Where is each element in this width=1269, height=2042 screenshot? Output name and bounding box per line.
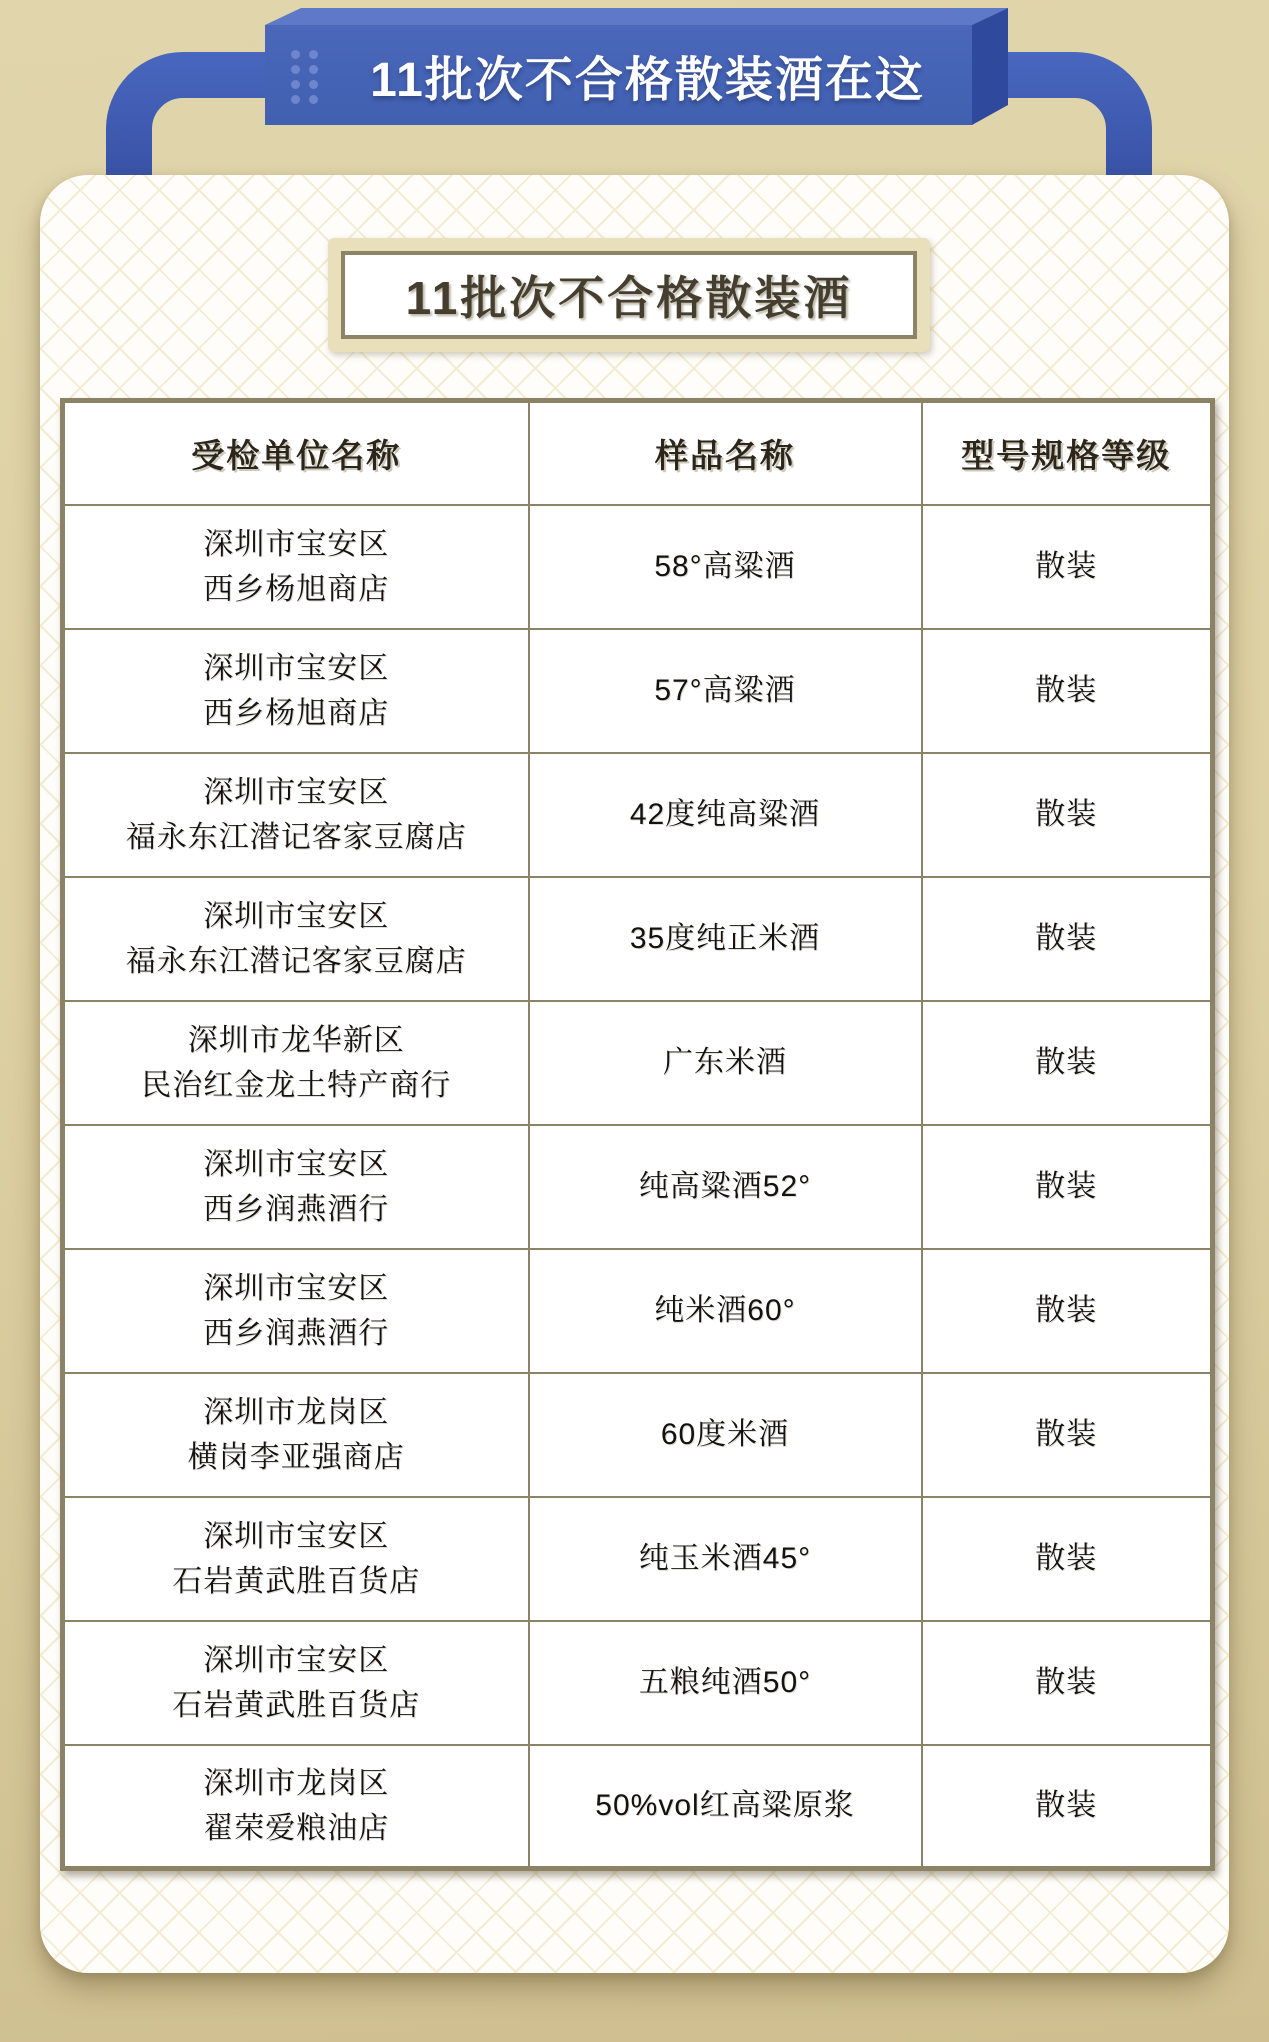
cell-unit-name: 深圳市宝安区 西乡润燕酒行 <box>63 1249 529 1373</box>
cell-sample-name: 50%vol红高粱原浆 <box>529 1745 922 1869</box>
table-header-row: 受检单位名称 样品名称 型号规格等级 <box>63 401 1213 505</box>
cell-sample-name: 广东米酒 <box>529 1001 922 1125</box>
banner-sign: 11批次不合格散装酒在这 <box>0 0 1269 140</box>
cell-spec: 散装 <box>922 1745 1213 1869</box>
cell-spec: 散装 <box>922 505 1213 629</box>
section-title: 11批次不合格散装酒 <box>406 262 853 328</box>
cell-spec: 散装 <box>922 877 1213 1001</box>
table-row: 深圳市宝安区 福永东江潜记客家豆腐店 35度纯正米酒 散装 <box>63 877 1213 1001</box>
cell-spec: 散装 <box>922 1373 1213 1497</box>
banner-title: 11批次不合格散装酒在这 <box>312 41 925 110</box>
table-row: 深圳市宝安区 西乡润燕酒行 纯米酒60° 散装 <box>63 1249 1213 1373</box>
cell-sample-name: 纯玉米酒45° <box>529 1497 922 1621</box>
cell-spec: 散装 <box>922 1125 1213 1249</box>
cell-unit-name: 深圳市龙岗区 横岗李亚强商店 <box>63 1373 529 1497</box>
table-row: 深圳市宝安区 西乡润燕酒行 纯高粱酒52° 散装 <box>63 1125 1213 1249</box>
cell-sample-name: 纯高粱酒52° <box>529 1125 922 1249</box>
cell-unit-name: 深圳市宝安区 西乡杨旭商店 <box>63 505 529 629</box>
table-row: 深圳市龙华新区 民治红金龙土特产商行 广东米酒 散装 <box>63 1001 1213 1125</box>
cell-spec: 散装 <box>922 753 1213 877</box>
content-card: 11批次不合格散装酒 受检单位名称 样品名称 型号规格等级 深圳市宝安区 西乡杨… <box>40 175 1229 1973</box>
cell-unit-name: 深圳市宝安区 石岩黄武胜百货店 <box>63 1621 529 1745</box>
cell-sample-name: 35度纯正米酒 <box>529 877 922 1001</box>
cell-unit-name: 深圳市龙华新区 民治红金龙土特产商行 <box>63 1001 529 1125</box>
col-header-sample-name: 样品名称 <box>529 401 922 505</box>
table-row: 深圳市宝安区 石岩黄武胜百货店 纯玉米酒45° 散装 <box>63 1497 1213 1621</box>
cell-spec: 散装 <box>922 1497 1213 1621</box>
table-row: 深圳市宝安区 福永东江潜记客家豆腐店 42度纯高粱酒 散装 <box>63 753 1213 877</box>
cell-sample-name: 60度米酒 <box>529 1373 922 1497</box>
table-row: 深圳市宝安区 西乡杨旭商店 57°高粱酒 散装 <box>63 629 1213 753</box>
table-row: 深圳市龙岗区 横岗李亚强商店 60度米酒 散装 <box>63 1373 1213 1497</box>
table-row: 深圳市宝安区 西乡杨旭商店 58°高粱酒 散装 <box>63 505 1213 629</box>
cell-unit-name: 深圳市宝安区 福永东江潜记客家豆腐店 <box>63 877 529 1001</box>
section-title-plaque: 11批次不合格散装酒 <box>328 238 930 352</box>
cell-sample-name: 42度纯高粱酒 <box>529 753 922 877</box>
cell-spec: 散装 <box>922 1621 1213 1745</box>
sign-top-face <box>265 8 1008 25</box>
cell-unit-name: 深圳市宝安区 福永东江潜记客家豆腐店 <box>63 753 529 877</box>
cell-spec: 散装 <box>922 1001 1213 1125</box>
cell-sample-name: 58°高粱酒 <box>529 505 922 629</box>
cell-sample-name: 纯米酒60° <box>529 1249 922 1373</box>
cell-unit-name: 深圳市龙岗区 翟荣爱粮油店 <box>63 1745 529 1869</box>
cell-spec: 散装 <box>922 629 1213 753</box>
cell-unit-name: 深圳市宝安区 西乡润燕酒行 <box>63 1125 529 1249</box>
col-header-spec-grade: 型号规格等级 <box>922 401 1213 505</box>
table-row: 深圳市宝安区 石岩黄武胜百货店 五粮纯酒50° 散装 <box>63 1621 1213 1745</box>
cell-sample-name: 五粮纯酒50° <box>529 1621 922 1745</box>
dot-grid-icon <box>286 47 322 107</box>
col-header-unit-name: 受检单位名称 <box>63 401 529 505</box>
section-title-frame: 11批次不合格散装酒 <box>341 251 917 339</box>
sign-side-face <box>972 8 1008 125</box>
unqualified-liquor-table: 受检单位名称 样品名称 型号规格等级 深圳市宝安区 西乡杨旭商店 58°高粱酒 … <box>60 398 1215 1871</box>
infographic-page: 11批次不合格散装酒 受检单位名称 样品名称 型号规格等级 深圳市宝安区 西乡杨… <box>0 0 1269 2042</box>
cell-unit-name: 深圳市宝安区 石岩黄武胜百货店 <box>63 1497 529 1621</box>
cell-sample-name: 57°高粱酒 <box>529 629 922 753</box>
cell-unit-name: 深圳市宝安区 西乡杨旭商店 <box>63 629 529 753</box>
sign-front-face: 11批次不合格散装酒在这 <box>265 25 972 125</box>
cell-spec: 散装 <box>922 1249 1213 1373</box>
table-row: 深圳市龙岗区 翟荣爱粮油店 50%vol红高粱原浆 散装 <box>63 1745 1213 1869</box>
